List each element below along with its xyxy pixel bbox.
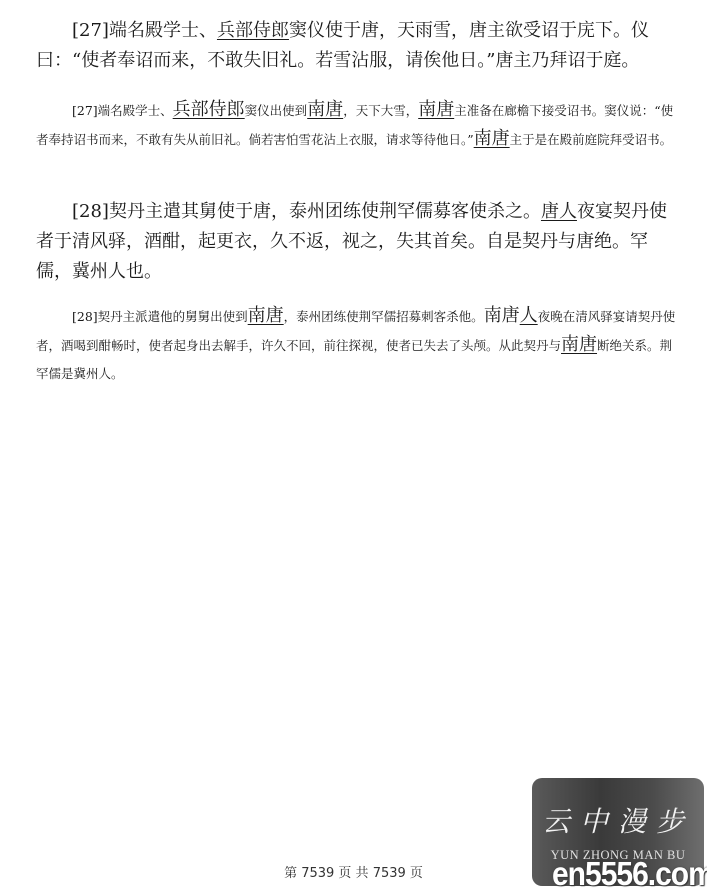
text-segment: [28]契丹主遣其舅使于唐，泰州团练使荆罕儒募客使杀之。 bbox=[72, 201, 541, 222]
paragraph-28-original: [28]契丹主遣其舅使于唐，泰州团练使荆罕儒募客使杀之。唐人夜宴契丹使者于清风驿… bbox=[36, 197, 676, 287]
text-segment: [27]端名殿学士、 bbox=[72, 20, 217, 41]
text-segment: [27]端名殿学士、 bbox=[72, 103, 173, 118]
text-segment: 南唐 bbox=[484, 305, 520, 326]
text-segment: 主于是在殿前庭院拜受诏书。 bbox=[510, 132, 673, 147]
underlined-term: 人 bbox=[520, 305, 538, 326]
underlined-term: 南唐 bbox=[248, 305, 284, 326]
watermark-chinese-text: 云中漫步 bbox=[532, 800, 704, 840]
text-segment: 窦仪出使到 bbox=[245, 103, 308, 118]
underlined-term: 兵部侍郎 bbox=[217, 20, 289, 41]
text-segment: ，天下大雪， bbox=[343, 103, 418, 118]
underlined-term: 南唐 bbox=[474, 128, 510, 149]
watermark-url: en5556.com bbox=[552, 856, 707, 893]
text-segment: [28]契丹主派遣他的舅舅出使到 bbox=[72, 309, 248, 324]
underlined-term: 南唐 bbox=[307, 99, 343, 120]
paragraph-27-original: [27]端名殿学士、兵部侍郎窦仪使于唐，天雨雪，唐主欲受诏于庑下。仪曰：“使者奉… bbox=[36, 16, 676, 76]
underlined-term: 唐人 bbox=[541, 201, 577, 222]
paragraph-27-translation: [27]端名殿学士、兵部侍郎窦仪出使到南唐，天下大雪，南唐主准备在廊檐下接受诏书… bbox=[36, 96, 676, 154]
underlined-term: 南唐 bbox=[418, 99, 454, 120]
underlined-term: 兵部侍郎 bbox=[173, 99, 245, 120]
text-segment: ，泰州团练使荆罕儒招募刺客杀他。 bbox=[284, 309, 484, 324]
paragraph-28-translation: [28]契丹主派遣他的舅舅出使到南唐，泰州团练使荆罕儒招募刺客杀他。南唐人夜晚在… bbox=[36, 302, 676, 388]
underlined-term: 南唐 bbox=[561, 334, 597, 355]
